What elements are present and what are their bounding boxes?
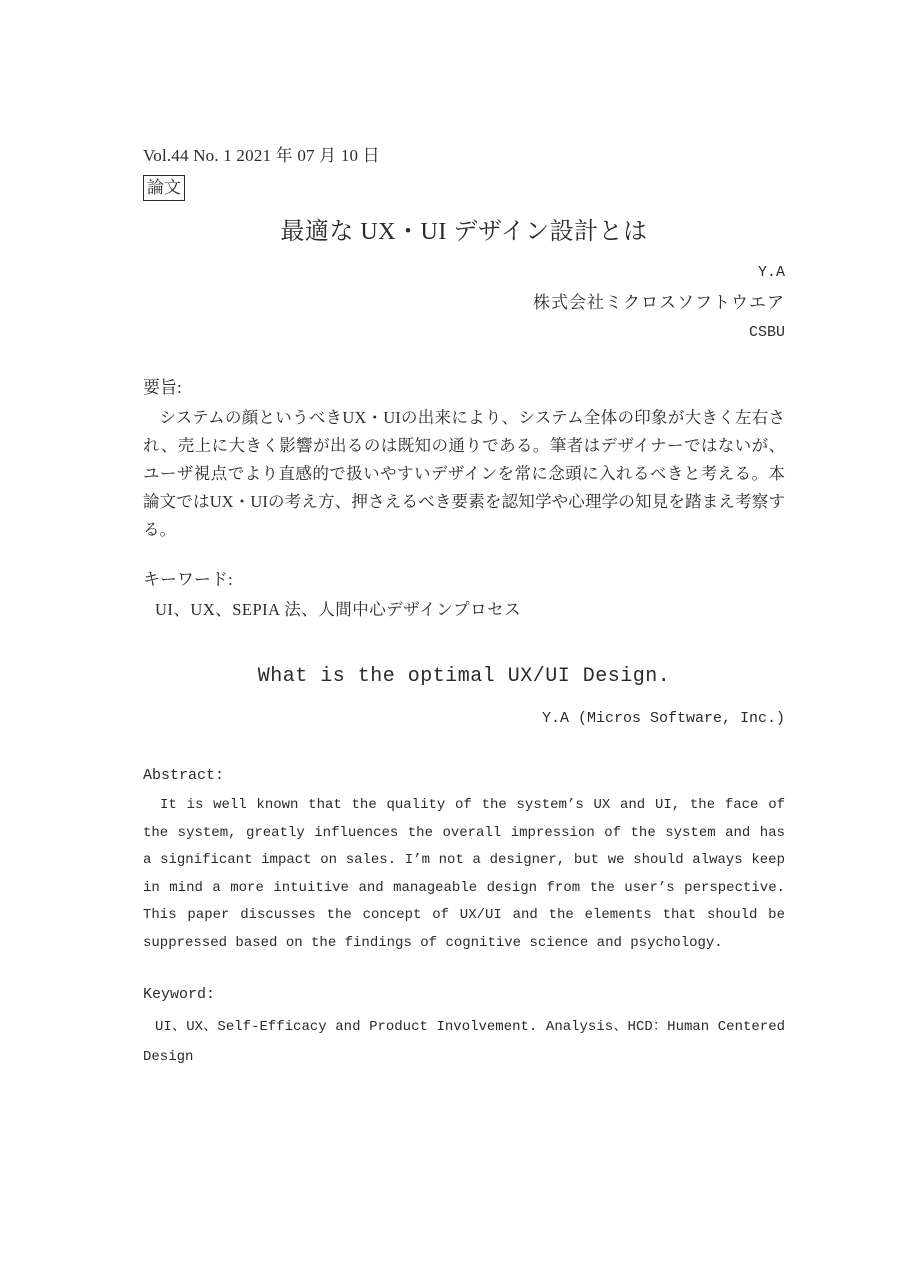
author-name: Y.A [143,258,785,288]
paper-title-english: What is the optimal UX/UI Design. [143,661,785,693]
abstract-japanese-label: 要旨: [143,376,785,400]
author-affiliation: 株式会社ミクロスソフトウエア [143,288,785,318]
keywords-english-label: Keyword: [143,983,785,1007]
author-block-japanese: Y.A 株式会社ミクロスソフトウエア CSBU [143,258,785,348]
paper-page: Vol.44 No. 1 2021 年 07 月 10 日 論文 最適な UX・… [0,0,904,1282]
journal-volume-line: Vol.44 No. 1 2021 年 07 月 10 日 [143,146,785,166]
keywords-japanese-body: UI、UX、SEPIA 法、人間中心デザインプロセス [155,595,785,625]
paper-title-japanese: 最適な UX・UI デザイン設計とは [143,215,785,249]
keywords-english-body: UI、UX、Self-Efficacy and Product Involvem… [143,1012,785,1072]
abstract-english-body: It is well known that the quality of the… [143,792,785,957]
author-department: CSBU [143,318,785,348]
article-type-row: 論文 [143,175,785,201]
article-type-badge: 論文 [143,175,185,201]
author-line-english: Y.A (Micros Software, Inc.) [143,707,785,731]
keywords-japanese-label: キーワード: [143,568,785,592]
abstract-english-label: Abstract: [143,764,785,788]
abstract-japanese-body: システムの顔というべきUX・UIの出来により、システム全体の印象が大きく左右され… [143,404,785,544]
paper-content: Vol.44 No. 1 2021 年 07 月 10 日 論文 最適な UX・… [143,146,785,1072]
